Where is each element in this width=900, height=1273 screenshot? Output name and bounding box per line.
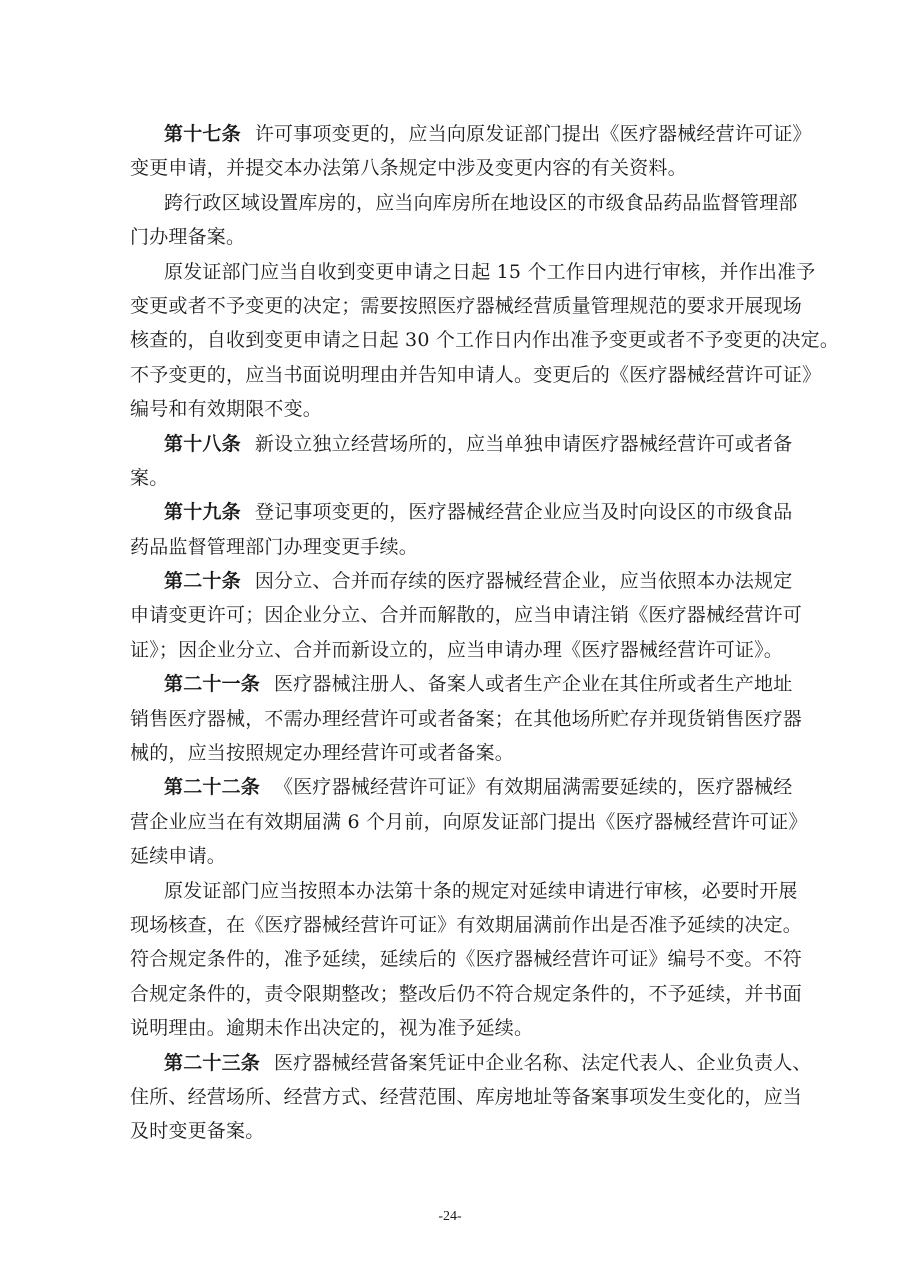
text-line: 变更或者不予变更的决定；需要按照医疗器械经营质量管理规范的要求开展现场 xyxy=(130,289,775,323)
line-text: 许可事项变更的，应当向原发证部门提出《医疗器械经营许可证》 xyxy=(255,123,812,145)
line-text: 合规定条件的，责令限期整改；整改后仍不符合规定条件的，不予延续，并书面 xyxy=(130,983,802,1005)
text-line: 第二十三条医疗器械经营备案凭证中企业名称、法定代表人、企业负责人、 xyxy=(130,1046,775,1080)
line-text: 符合规定条件的，准予延续，延续后的《医疗器械经营许可证》编号不变。不符 xyxy=(130,948,802,970)
line-text: 《医疗器械经营许可证》有效期届满需要延续的，医疗器械经 xyxy=(274,776,792,798)
text-line: 跨行政区域设置库房的，应当向库房所在地设区的市级食品药品监督管理部 xyxy=(130,186,775,220)
paragraph: 原发证部门应当自收到变更申请之日起 15 个工作日内进行审核，并作出准予变更或者… xyxy=(130,255,775,427)
text-line: 第十八条新设立独立经营场所的，应当单独申请医疗器械经营许可或者备 xyxy=(130,427,775,461)
line-text: 核查的，自收到变更申请之日起 30 个工作日内作出准予变更或者不予变更的决定。 xyxy=(130,329,839,351)
paragraph: 第十九条登记事项变更的，医疗器械经营企业应当及时向设区的市级食品药品监督管理部门… xyxy=(130,495,775,564)
line-text: 药品监督管理部门办理变更手续。 xyxy=(130,536,418,558)
paragraph: 第二十条因分立、合并而存续的医疗器械经营企业，应当依照本办法规定申请变更许可；因… xyxy=(130,564,775,667)
line-text: 案。 xyxy=(130,467,168,489)
text-line: 证》；因企业分立、合并而新设立的，应当申请办理《医疗器械经营许可证》。 xyxy=(130,633,775,667)
text-line: 药品监督管理部门办理变更手续。 xyxy=(130,530,775,564)
article-heading: 第十九条 xyxy=(164,501,241,523)
text-line: 及时变更备案。 xyxy=(130,1114,775,1148)
text-line: 第十七条许可事项变更的，应当向原发证部门提出《医疗器械经营许可证》 xyxy=(130,117,775,151)
text-line: 现场核查，在《医疗器械经营许可证》有效期届满前作出是否准予延续的决定。 xyxy=(130,908,775,942)
text-line: 住所、经营场所、经营方式、经营范围、库房地址等备案事项发生变化的，应当 xyxy=(130,1080,775,1114)
line-text: 门办理备案。 xyxy=(130,226,245,248)
line-text: 变更申请，并提交本办法第八条规定中涉及变更内容的有关资料。 xyxy=(130,157,687,179)
line-text: 变更或者不予变更的决定；需要按照医疗器械经营质量管理规范的要求开展现场 xyxy=(130,295,802,317)
line-text: 及时变更备案。 xyxy=(130,1120,264,1142)
line-text: 登记事项变更的，医疗器械经营企业应当及时向设区的市级食品 xyxy=(255,501,793,523)
line-text: 申请变更许可；因企业分立、合并而解散的，应当申请注销《医疗器械经营许可 xyxy=(130,604,802,626)
article-heading: 第二十二条 xyxy=(164,776,260,798)
line-text: 证》；因企业分立、合并而新设立的，应当申请办理《医疗器械经营许可证》。 xyxy=(130,639,783,661)
text-line: 门办理备案。 xyxy=(130,220,775,254)
text-line: 第十九条登记事项变更的，医疗器械经营企业应当及时向设区的市级食品 xyxy=(130,495,775,529)
paragraph: 第十七条许可事项变更的，应当向原发证部门提出《医疗器械经营许可证》变更申请，并提… xyxy=(130,117,775,186)
line-text: 说明理由。逾期未作出决定的，视为准予延续。 xyxy=(130,1017,533,1039)
article-heading: 第十七条 xyxy=(164,123,241,145)
line-text: 原发证部门应当按照本办法第十条的规定对延续申请进行审核，必要时开展 xyxy=(164,880,798,902)
article-heading: 第二十三条 xyxy=(164,1052,260,1074)
article-heading: 第二十一条 xyxy=(164,673,260,695)
text-line: 原发证部门应当自收到变更申请之日起 15 个工作日内进行审核，并作出准予 xyxy=(130,255,775,289)
line-text: 医疗器械经营备案凭证中企业名称、法定代表人、企业负责人、 xyxy=(274,1052,812,1074)
line-text: 住所、经营场所、经营方式、经营范围、库房地址等备案事项发生变化的，应当 xyxy=(130,1086,802,1108)
text-line: 合规定条件的，责令限期整改；整改后仍不符合规定条件的，不予延续，并书面 xyxy=(130,977,775,1011)
line-text: 跨行政区域设置库房的，应当向库房所在地设区的市级食品药品监督管理部 xyxy=(164,192,798,214)
text-line: 延续申请。 xyxy=(130,839,775,873)
text-line: 销售医疗器械，不需办理经营许可或者备案；在其他场所贮存并现货销售医疗器 xyxy=(130,702,775,736)
text-line: 编号和有效期限不变。 xyxy=(130,392,775,426)
text-line: 第二十条因分立、合并而存续的医疗器械经营企业，应当依照本办法规定 xyxy=(130,564,775,598)
text-line: 核查的，自收到变更申请之日起 30 个工作日内作出准予变更或者不予变更的决定。 xyxy=(130,323,775,357)
text-line: 营企业应当在有效期届满 6 个月前，向原发证部门提出《医疗器械经营许可证》 xyxy=(130,805,775,839)
line-text: 营企业应当在有效期届满 6 个月前，向原发证部门提出《医疗器械经营许可证》 xyxy=(130,811,808,833)
line-text: 不予变更的，应当书面说明理由并告知申请人。变更后的《医疗器械经营许可证》 xyxy=(130,364,821,386)
text-line: 申请变更许可；因企业分立、合并而解散的，应当申请注销《医疗器械经营许可 xyxy=(130,598,775,632)
text-line: 说明理由。逾期未作出决定的，视为准予延续。 xyxy=(130,1011,775,1045)
text-line: 第二十二条《医疗器械经营许可证》有效期届满需要延续的，医疗器械经 xyxy=(130,770,775,804)
text-line: 案。 xyxy=(130,461,775,495)
text-line: 变更申请，并提交本办法第八条规定中涉及变更内容的有关资料。 xyxy=(130,151,775,185)
line-text: 延续申请。 xyxy=(130,845,226,867)
text-line: 第二十一条医疗器械注册人、备案人或者生产企业在其住所或者生产地址 xyxy=(130,667,775,701)
page-number: -24- xyxy=(0,1209,900,1225)
text-line: 械的，应当按照规定办理经营许可或者备案。 xyxy=(130,736,775,770)
document-body: 第十七条许可事项变更的，应当向原发证部门提出《医疗器械经营许可证》变更申请，并提… xyxy=(130,117,775,1149)
line-text: 因分立、合并而存续的医疗器械经营企业，应当依照本办法规定 xyxy=(255,570,793,592)
line-text: 销售医疗器械，不需办理经营许可或者备案；在其他场所贮存并现货销售医疗器 xyxy=(130,708,802,730)
line-text: 医疗器械注册人、备案人或者生产企业在其住所或者生产地址 xyxy=(274,673,792,695)
article-heading: 第十八条 xyxy=(164,433,241,455)
line-text: 新设立独立经营场所的，应当单独申请医疗器械经营许可或者备 xyxy=(255,433,793,455)
paragraph: 第二十三条医疗器械经营备案凭证中企业名称、法定代表人、企业负责人、住所、经营场所… xyxy=(130,1046,775,1149)
paragraph: 原发证部门应当按照本办法第十条的规定对延续申请进行审核，必要时开展现场核查，在《… xyxy=(130,874,775,1046)
text-line: 不予变更的，应当书面说明理由并告知申请人。变更后的《医疗器械经营许可证》 xyxy=(130,358,775,392)
paragraph: 第二十二条《医疗器械经营许可证》有效期届满需要延续的，医疗器械经营企业应当在有效… xyxy=(130,770,775,873)
text-line: 原发证部门应当按照本办法第十条的规定对延续申请进行审核，必要时开展 xyxy=(130,874,775,908)
line-text: 编号和有效期限不变。 xyxy=(130,398,322,420)
line-text: 原发证部门应当自收到变更申请之日起 15 个工作日内进行审核，并作出准予 xyxy=(164,261,815,283)
document-page: 第十七条许可事项变更的，应当向原发证部门提出《医疗器械经营许可证》变更申请，并提… xyxy=(130,117,775,1149)
line-text: 现场核查，在《医疗器械经营许可证》有效期届满前作出是否准予延续的决定。 xyxy=(130,914,802,936)
line-text: 械的，应当按照规定办理经营许可或者备案。 xyxy=(130,742,514,764)
paragraph: 第十八条新设立独立经营场所的，应当单独申请医疗器械经营许可或者备案。 xyxy=(130,427,775,496)
text-line: 符合规定条件的，准予延续，延续后的《医疗器械经营许可证》编号不变。不符 xyxy=(130,942,775,976)
paragraph: 跨行政区域设置库房的，应当向库房所在地设区的市级食品药品监督管理部门办理备案。 xyxy=(130,186,775,255)
article-heading: 第二十条 xyxy=(164,570,241,592)
paragraph: 第二十一条医疗器械注册人、备案人或者生产企业在其住所或者生产地址销售医疗器械，不… xyxy=(130,667,775,770)
